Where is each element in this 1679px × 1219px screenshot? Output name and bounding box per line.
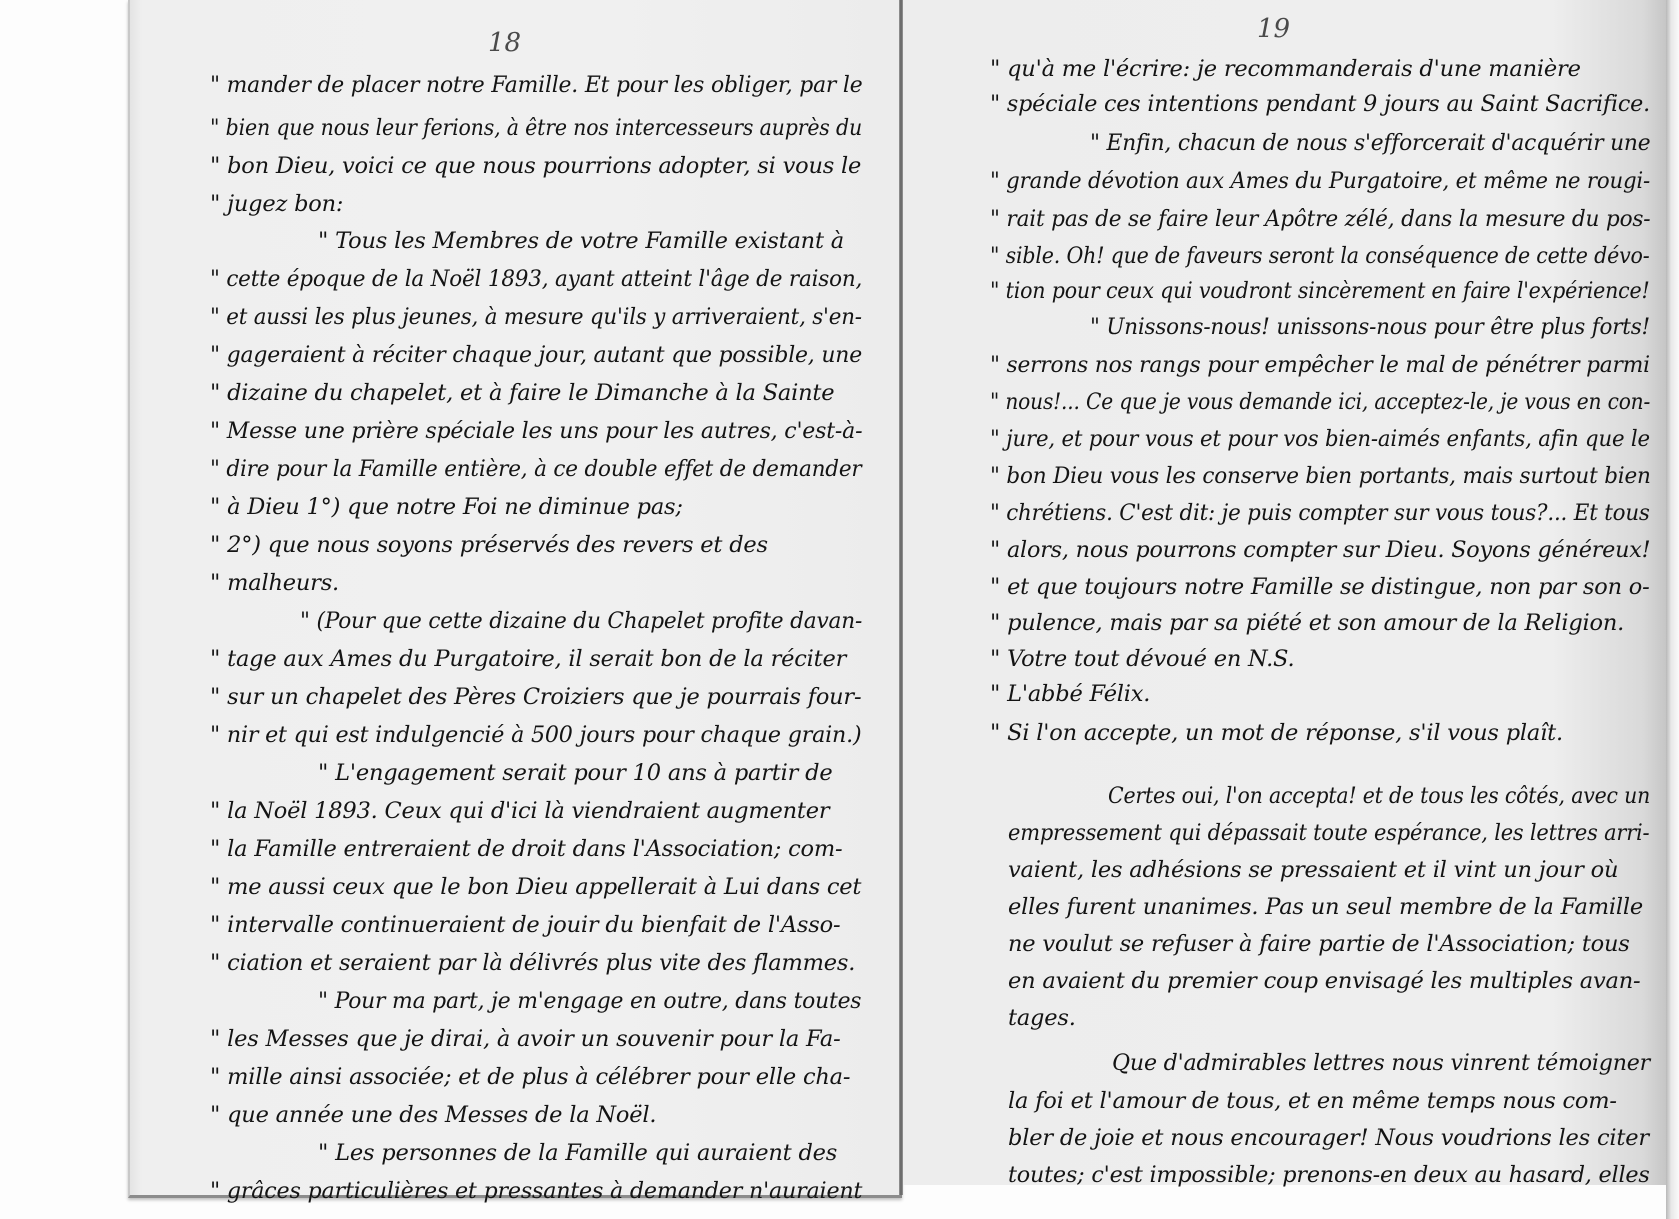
text-line: " cette époque de la Noël 1893, ayant at… (210, 268, 862, 291)
text-line: vaient, les adhésions se pressaient et i… (1008, 859, 1618, 882)
right-page-number: 19 (1257, 14, 1290, 44)
text-line: " la Noël 1893. Ceux qui d'ici là viendr… (210, 800, 829, 823)
text-line: " bien que nous leur ferions, à être nos… (210, 117, 862, 140)
text-line: " serrons nos rangs pour empêcher le mal… (990, 354, 1650, 377)
text-line: " tage aux Ames du Purgatoire, il serait… (210, 648, 846, 671)
text-line: " sur un chapelet des Pères Croiziers qu… (210, 686, 861, 709)
text-line: empressement qui dépassait toute espéran… (1008, 822, 1649, 845)
left-page (128, 0, 902, 1198)
text-line: " Tous les Membres de votre Famille exis… (318, 230, 844, 253)
signature-closing: " Votre tout dévoué en N.S. (990, 648, 1294, 671)
text-line: " bon Dieu, voici ce que nous pourrions … (210, 155, 861, 178)
postscript-line: " Si l'on accepte, un mot de réponse, s'… (990, 722, 1563, 745)
text-line: " Unissons-nous! unissons-nous pour être… (1090, 316, 1650, 339)
text-line: " intervalle continueraient de jouir du … (210, 914, 840, 937)
text-line: " nir et qui est indulgencié à 500 jours… (210, 724, 861, 747)
text-line: " mille ainsi associée; et de plus à cél… (210, 1066, 850, 1089)
text-line: tages. (1008, 1007, 1076, 1030)
right-page-edge (1666, 0, 1679, 1219)
text-line: " 2°) que nous soyons préservés des reve… (210, 534, 768, 557)
text-line: " chrétiens. C'est dit: je puis compter … (990, 502, 1650, 525)
text-line: " Messe une prière spéciale les uns pour… (210, 420, 862, 443)
text-line: " Enfin, chacun de nous s'efforcerait d'… (1090, 132, 1650, 155)
text-line: " ciation et seraient par là délivrés pl… (210, 952, 855, 975)
text-line: " et que toujours notre Famille se disti… (990, 576, 1649, 599)
text-line: " pulence, mais par sa piété et son amou… (990, 612, 1624, 635)
text-line: " gageraient à réciter chaque jour, auta… (210, 344, 862, 367)
text-line: " grande dévotion aux Ames du Purgatoire… (990, 170, 1650, 193)
text-line: " tion pour ceux qui voudront sincèremen… (990, 280, 1650, 303)
text-line: elles furent unanimes. Pas un seul membr… (1008, 896, 1643, 919)
text-line: " (Pour que cette dizaine du Chapelet pr… (300, 610, 862, 633)
signature-name: " L'abbé Félix. (990, 683, 1150, 706)
text-line: Certes oui, l'on accepta! et de tous les… (1108, 785, 1650, 808)
text-line: " rait pas de se faire leur Apôtre zélé,… (990, 208, 1650, 231)
text-line: " Les personnes de la Famille qui auraie… (318, 1142, 837, 1165)
text-line: " dire pour la Famille entière, à ce dou… (210, 458, 862, 481)
text-line: toutes; c'est impossible; prenons-en deu… (1008, 1164, 1650, 1187)
text-line: " les Messes que je dirai, à avoir un so… (210, 1028, 841, 1051)
text-line: " jure, et pour vous et pour vos bien-ai… (990, 428, 1650, 451)
text-line: " grâces particulières et pressantes à d… (210, 1180, 862, 1203)
text-line: " que année une des Messes de la Noël. (210, 1104, 656, 1127)
text-line: " nous!... Ce que je vous demande ici, a… (990, 391, 1650, 414)
text-line: " à Dieu 1°) que notre Foi ne diminue pa… (210, 496, 683, 519)
text-line: " bon Dieu vous les conserve bien portan… (990, 465, 1651, 488)
text-line: " me aussi ceux que le bon Dieu appeller… (210, 876, 861, 899)
left-page-number: 18 (488, 28, 521, 58)
text-line: " dizaine du chapelet, et à faire le Dim… (210, 382, 834, 405)
text-line: " Pour ma part, je m'engage en outre, da… (318, 990, 861, 1013)
text-line: " malheurs. (210, 572, 339, 595)
text-line: " la Famille entreraient de droit dans l… (210, 838, 842, 861)
text-line: " alors, nous pourrons compter sur Dieu.… (990, 539, 1650, 562)
text-line: " et aussi les plus jeunes, à mesure qu'… (210, 306, 862, 329)
text-line: Que d'admirables lettres nous vinrent té… (1112, 1052, 1650, 1075)
text-line: " jugez bon: (210, 193, 343, 216)
text-line: " mander de placer notre Famille. Et pou… (210, 74, 863, 97)
text-line: la foi et l'amour de tous, et en même te… (1008, 1090, 1617, 1113)
text-line: bler de joie et nous encourager! Nous vo… (1008, 1127, 1649, 1150)
text-line: " qu'à me l'écrire: je recommanderais d'… (990, 58, 1581, 81)
text-line: ne voulut se refuser à faire partie de l… (1008, 933, 1630, 956)
text-line: " L'engagement serait pour 10 ans à part… (318, 762, 832, 785)
text-line: " spéciale ces intentions pendant 9 jour… (990, 93, 1650, 116)
text-line: " sible. Oh! que de faveurs seront la co… (990, 245, 1649, 268)
text-line: en avaient du premier coup envisagé les … (1008, 970, 1640, 993)
